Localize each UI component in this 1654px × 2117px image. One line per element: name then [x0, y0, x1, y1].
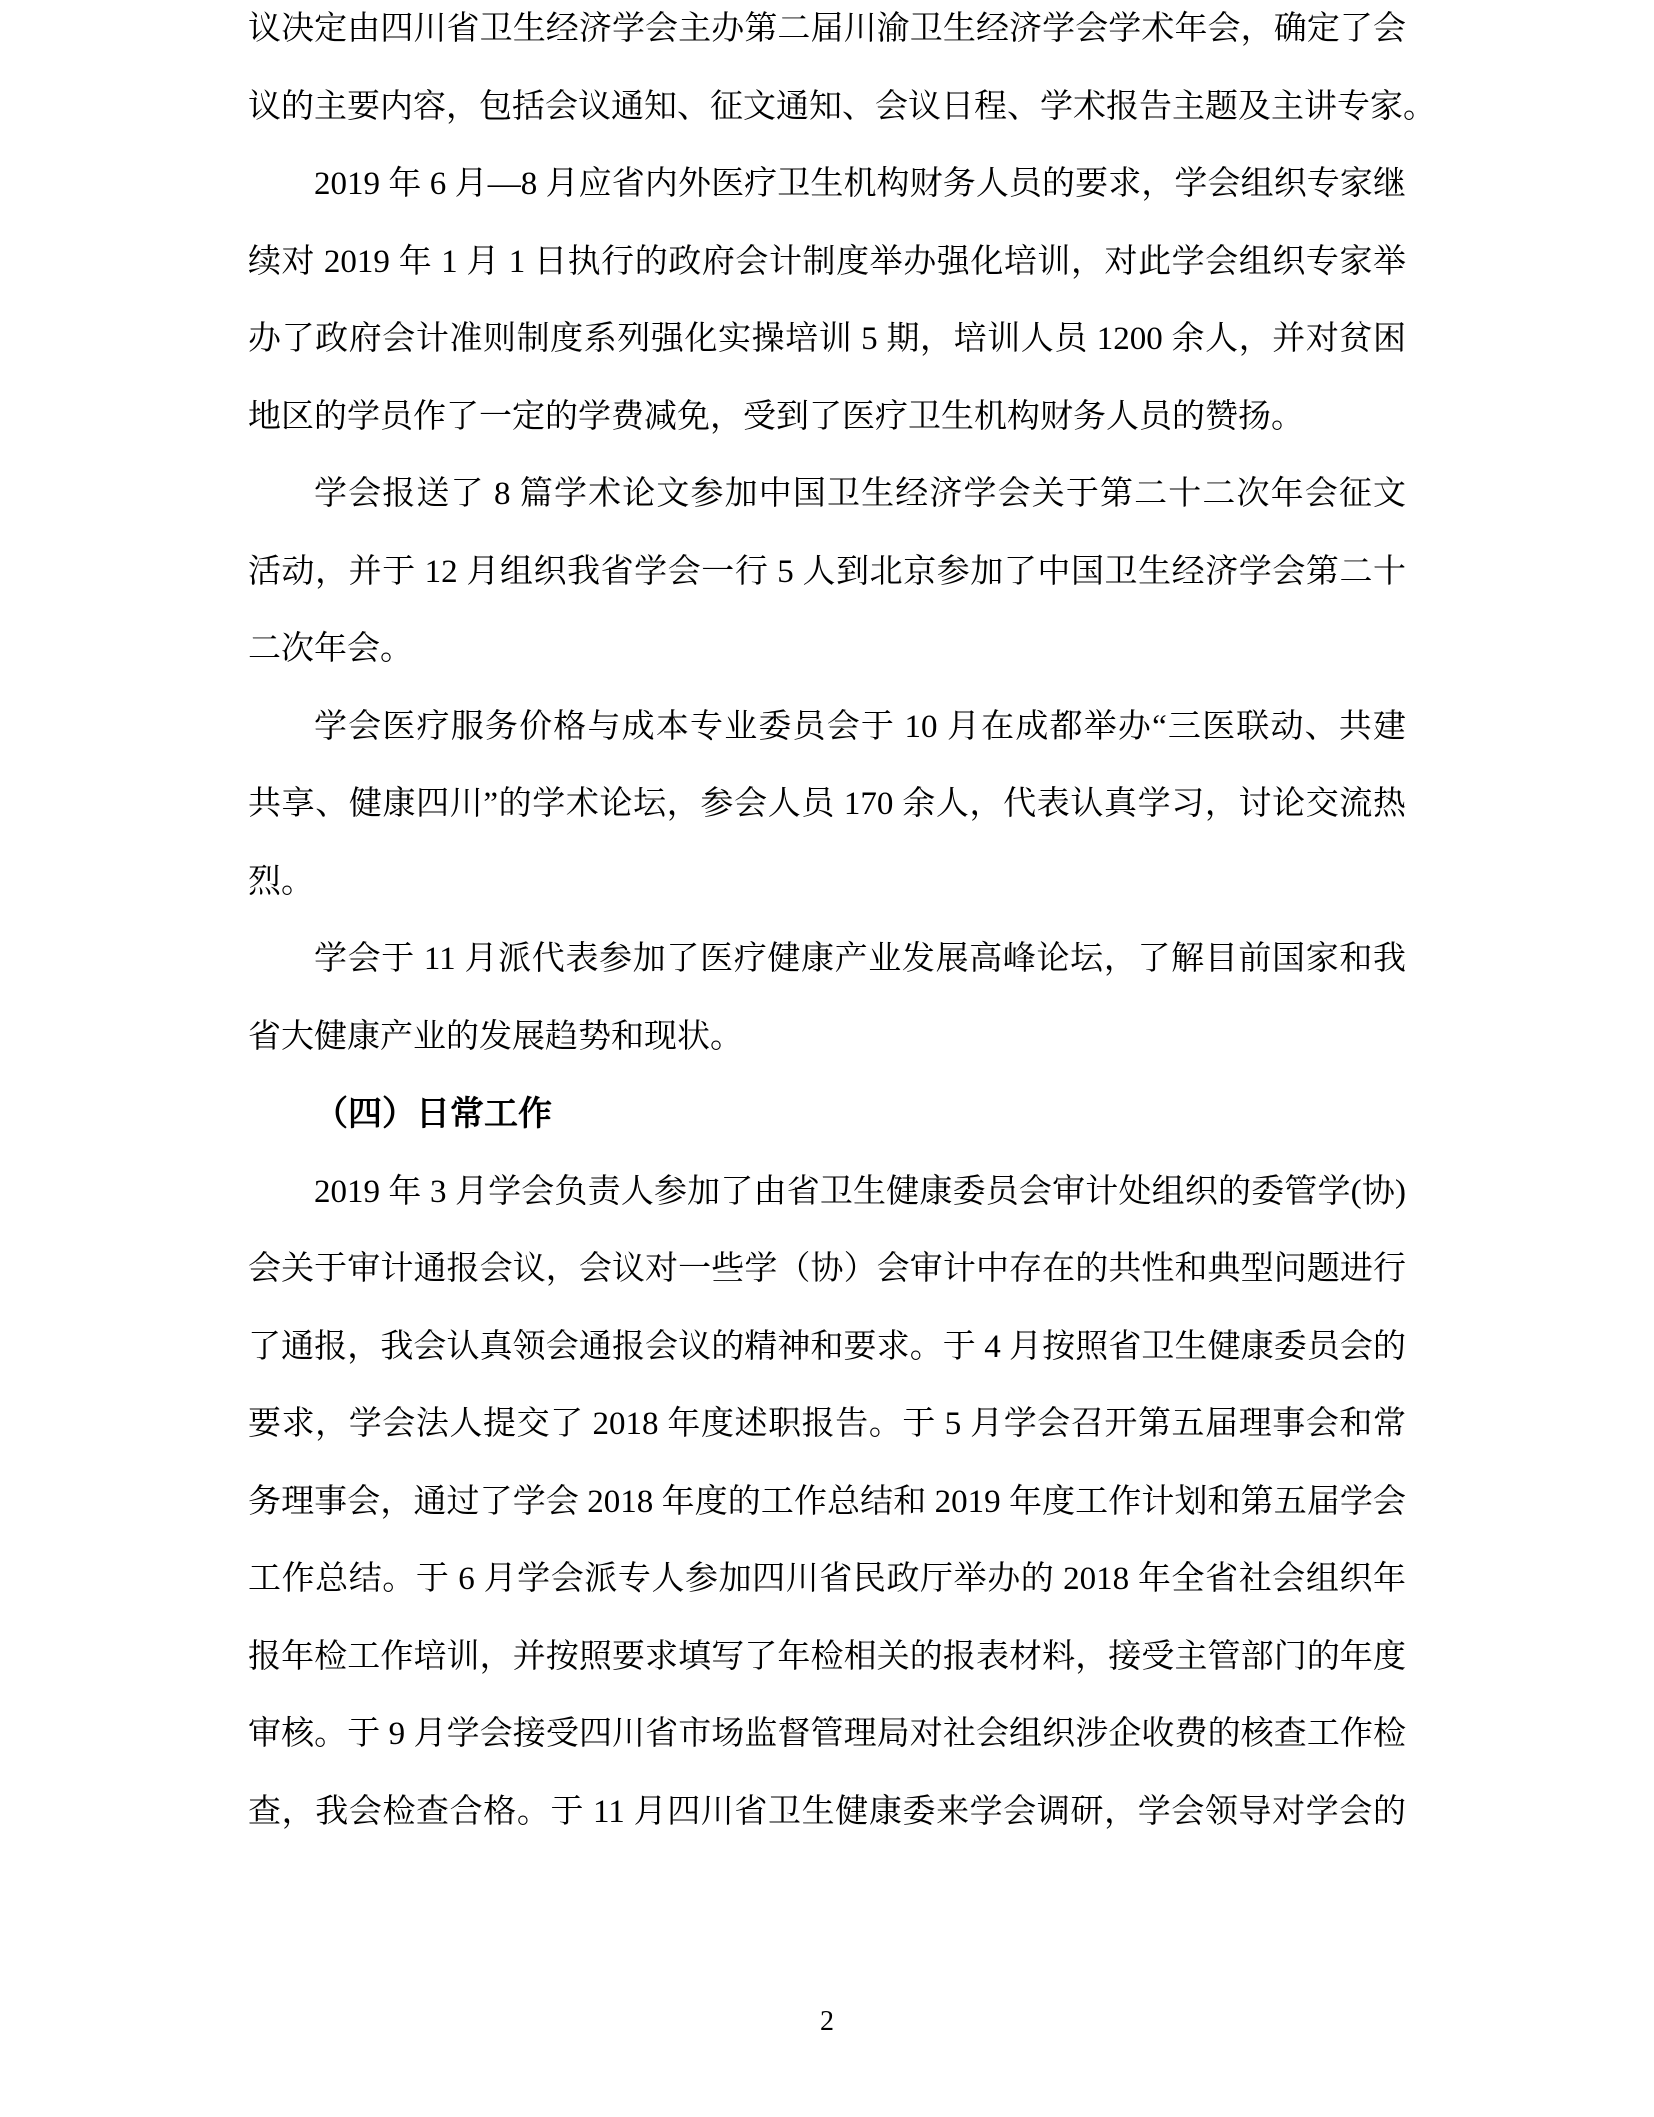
- text-line: 议的主要内容，包括会议通知、征文通知、会议日程、学术报告主题及主讲专家。: [248, 69, 1406, 147]
- document-page: 议决定由四川省卫生经济学会主办第二届川渝卫生经济学会学术年会，确定了会议的主要内…: [0, 0, 1654, 2117]
- text-line: 报年检工作培训，并按照要求填写了年检相关的报表材料，接受主管部门的年度: [248, 1619, 1406, 1697]
- text-line: 续对 2019 年 1 月 1 日执行的政府会计制度举办强化培训，对此学会组织专…: [248, 224, 1406, 302]
- text-line: 2019 年 3 月学会负责人参加了由省卫生健康委员会审计处组织的委管学(协): [248, 1154, 1406, 1232]
- text-line: 会关于审计通报会议，会议对一些学（协）会审计中存在的共性和典型问题进行: [248, 1231, 1406, 1309]
- text-line: 学会医疗服务价格与成本专业委员会于 10 月在成都举办“三医联动、共建: [248, 689, 1406, 767]
- text-line: 查，我会检查合格。于 11 月四川省卫生健康委来学会调研，学会领导对学会的: [248, 1774, 1406, 1852]
- section-heading: （四）日常工作: [248, 1076, 1406, 1154]
- text-line: 学会报送了 8 篇学术论文参加中国卫生经济学会关于第二十二次年会征文: [248, 456, 1406, 534]
- text-line: 活动，并于 12 月组织我省学会一行 5 人到北京参加了中国卫生经济学会第二十: [248, 534, 1406, 612]
- text-line: 地区的学员作了一定的学费减免，受到了医疗卫生机构财务人员的赞扬。: [248, 379, 1406, 457]
- text-line: 共享、健康四川”的学术论坛，参会人员 170 余人，代表认真学习，讨论交流热: [248, 766, 1406, 844]
- page-number: 2: [248, 2006, 1406, 2038]
- text-line: 了通报，我会认真领会通报会议的精神和要求。于 4 月按照省卫生健康委员会的: [248, 1309, 1406, 1387]
- text-line: 务理事会，通过了学会 2018 年度的工作总结和 2019 年度工作计划和第五届…: [248, 1464, 1406, 1542]
- text-line: 烈。: [248, 844, 1406, 922]
- text-line: 省大健康产业的发展趋势和现状。: [248, 999, 1406, 1077]
- text-line: 二次年会。: [248, 611, 1406, 689]
- text-line: 要求，学会法人提交了 2018 年度述职报告。于 5 月学会召开第五届理事会和常: [248, 1386, 1406, 1464]
- text-line: 议决定由四川省卫生经济学会主办第二届川渝卫生经济学会学术年会，确定了会: [248, 0, 1406, 69]
- text-line: 审核。于 9 月学会接受四川省市场监督管理局对社会组织涉企收费的核查工作检: [248, 1696, 1406, 1774]
- text-line: 学会于 11 月派代表参加了医疗健康产业发展高峰论坛，了解目前国家和我: [248, 921, 1406, 999]
- text-line: 2019 年 6 月—8 月应省内外医疗卫生机构财务人员的要求，学会组织专家继: [248, 146, 1406, 224]
- text-line: 工作总结。于 6 月学会派专人参加四川省民政厅举办的 2018 年全省社会组织年: [248, 1541, 1406, 1619]
- text-block: 议决定由四川省卫生经济学会主办第二届川渝卫生经济学会学术年会，确定了会议的主要内…: [248, 0, 1406, 1851]
- text-line: 办了政府会计准则制度系列强化实操培训 5 期，培训人员 1200 余人，并对贫困: [248, 301, 1406, 379]
